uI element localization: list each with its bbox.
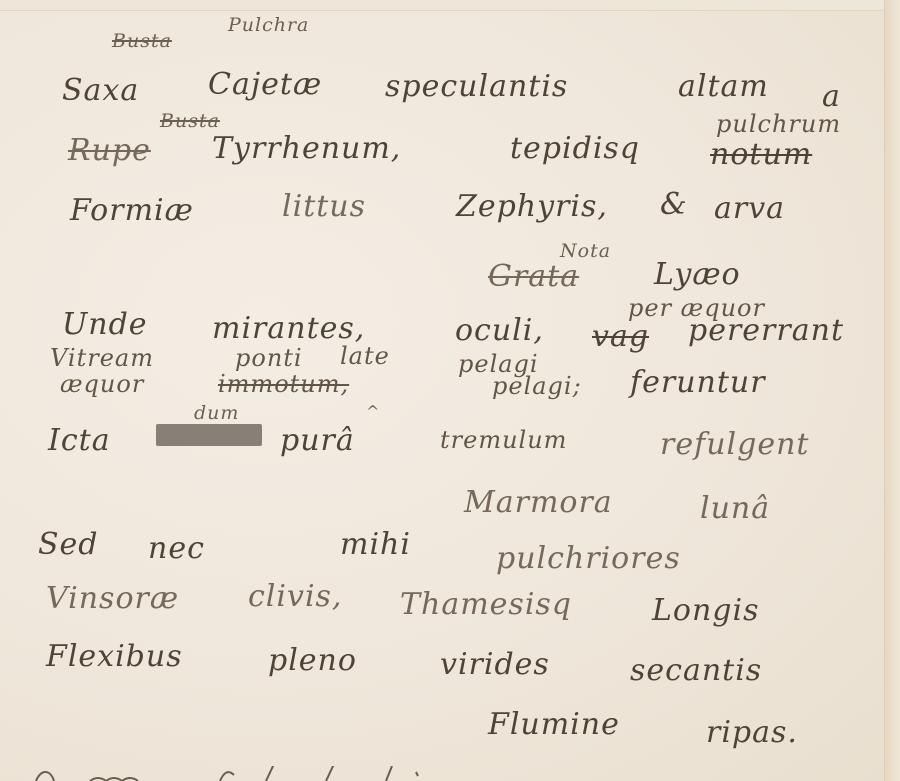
manuscript-word: Sed <box>38 530 99 560</box>
manuscript-word: Flumine <box>488 710 620 740</box>
manuscript-word: feruntur <box>630 368 766 398</box>
manuscript-word: pererrant <box>688 316 844 346</box>
deleted-word: Busta <box>112 32 172 51</box>
manuscript-word: tremulum <box>440 428 567 452</box>
manuscript-word: Formiæ <box>70 196 194 226</box>
manuscript-word: Zephyris, <box>456 192 608 222</box>
manuscript-word: purâ <box>280 426 355 456</box>
deleted-word: Busta <box>160 112 220 131</box>
manuscript-word: pleno <box>268 646 357 676</box>
paper-right-edge <box>884 0 900 781</box>
manuscript-word: Vinsoræ <box>46 584 179 614</box>
manuscript-word: virides <box>440 650 550 680</box>
manuscript-word: clivis, <box>248 582 342 612</box>
manuscript-word: Tyrrhenum, <box>212 134 401 164</box>
manuscript-word: speculantis <box>385 72 568 102</box>
manuscript-word: Marmora <box>464 488 613 518</box>
manuscript-word: lunâ <box>700 494 770 524</box>
manuscript-word: pelagi; <box>492 374 582 398</box>
inserted-word: dum <box>194 404 239 423</box>
manuscript-word: Vitream <box>50 346 154 370</box>
manuscript-word: Lyæo <box>654 260 741 290</box>
manuscript-word: Longis <box>652 596 760 626</box>
manuscript-word: tepidisq <box>510 134 640 164</box>
manuscript-word: mirantes, <box>212 314 365 344</box>
inserted-word: pulchrum <box>716 112 841 136</box>
ink-blot-deletion <box>156 424 262 446</box>
manuscript-word: refulgent <box>660 430 809 460</box>
deleted-word: Grata <box>488 262 579 292</box>
manuscript-word: late <box>340 344 390 368</box>
inserted-word: Pulchra <box>228 16 309 35</box>
deleted-word: vag <box>592 322 649 352</box>
caret-mark: ^ <box>366 404 380 420</box>
ampersand: & <box>660 190 688 220</box>
manuscript-word: Flexibus <box>46 642 183 672</box>
manuscript-word: ripas. <box>706 718 798 748</box>
manuscript-word: Unde <box>62 310 148 340</box>
deleted-word: Rupe <box>68 136 151 166</box>
manuscript-word: Thamesisq <box>400 590 572 620</box>
manuscript-word: oculi, <box>455 316 544 346</box>
manuscript-word: ponti <box>235 346 303 370</box>
deleted-word: notum <box>710 140 812 170</box>
manuscript-word: Cajetæ <box>208 70 322 100</box>
manuscript-word: arva <box>714 194 785 224</box>
manuscript-word: littus <box>282 192 366 222</box>
deleted-word: immotum, <box>218 372 349 396</box>
paper-top-edge <box>0 0 900 10</box>
manuscript-word: nec <box>148 534 205 564</box>
manuscript-word: secantis <box>630 656 762 686</box>
manuscript-word: mihi <box>340 530 411 560</box>
manuscript-word: altam <box>678 72 769 102</box>
manuscript-word: æquor <box>60 372 144 396</box>
inserted-letter: a <box>822 82 841 112</box>
manuscript-word: Icta <box>48 426 111 456</box>
partial-bottom-line: ​ <box>30 766 630 781</box>
manuscript-word: pulchriores <box>496 544 681 574</box>
manuscript-word: Saxa <box>62 76 139 106</box>
